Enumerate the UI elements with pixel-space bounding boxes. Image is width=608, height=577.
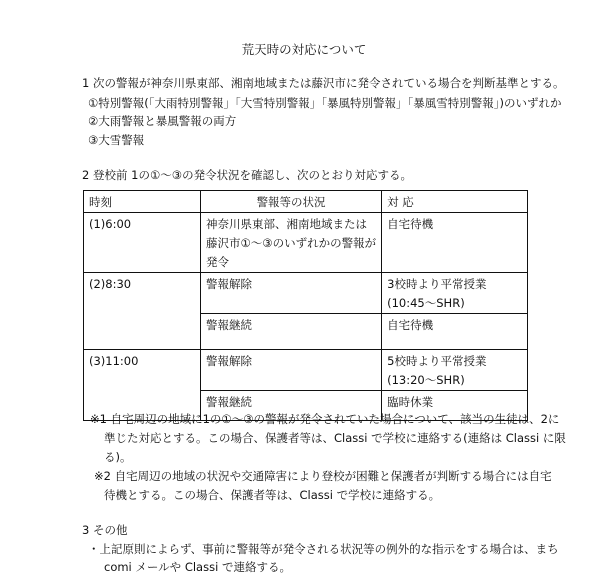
row2b-response: 自宅待機 [382, 314, 528, 350]
table-header-row: 時刻 警報等の状況 対 応 [84, 191, 528, 213]
row1-status-line: 藤沢市①～③のいずれかの警報が [206, 234, 376, 253]
row2a-response: 3校時より平常授業 (10:45～SHR) [382, 273, 528, 314]
section1-heading: 1 次の警報が神奈川県東部、湘南地域または藤沢市に発令されている場合を判断基準と… [82, 76, 564, 90]
row2a-response-line: 3校時より平常授業 [387, 275, 522, 294]
section1-item-1: ①特別警報(「大雨特別警報」「大雪特別警報」「暴風特別警報」「暴風雪特別警報」)… [88, 96, 562, 110]
note1-line: る)。 [104, 450, 132, 464]
note1-line: ※1 自宅周辺の地域に1の①～③の警報が発令されていた場合について、該当の生徒は… [90, 412, 559, 426]
note2-line: ※2 自宅周辺の地域の状況や交通障害により登校が困難と保護者が判断する場合には自… [94, 469, 552, 483]
row2a-response-line: (10:45～SHR) [387, 294, 522, 313]
response-table: 時刻 警報等の状況 対 応 (1)6:00 神奈川県東部、湘南地域または 藤沢市… [83, 190, 528, 421]
section1-item-3: ③大雪警報 [88, 133, 144, 147]
section3-bullet-line: ・上記原則によらず、事前に警報等が発令される状況等の例外的な指示をする場合は、ま… [88, 542, 559, 556]
row3a-response-line: 5校時より平常授業 [387, 352, 522, 371]
row3a-response: 5校時より平常授業 (13:20～SHR) [382, 350, 528, 391]
row3a-response-line: (13:20～SHR) [387, 371, 522, 390]
row1-time: (1)6:00 [84, 213, 201, 273]
section3-bullet-line: comi メールや Classi で連絡する。 [104, 560, 291, 574]
section2-heading: 2 登校前 1の①～③の発令状況を確認し、次のとおり対応する。 [82, 168, 412, 182]
header-response: 対 応 [382, 191, 528, 213]
row1-status-line: 発令 [206, 253, 376, 272]
row2b-status: 警報継続 [201, 314, 382, 350]
row3a-status: 警報解除 [201, 350, 382, 391]
header-time: 時刻 [84, 191, 201, 213]
note1-line: 準じた対応とする。この場合、保護者等は、Classi で学校に連絡する(連絡は … [104, 431, 566, 445]
row2-time: (2)8:30 [84, 273, 201, 350]
row1-response: 自宅待機 [382, 213, 528, 273]
table-row: (2)8:30 警報解除 3校時より平常授業 (10:45～SHR) [84, 273, 528, 314]
row1-status-line: 神奈川県東部、湘南地域または [206, 215, 376, 234]
row2a-status: 警報解除 [201, 273, 382, 314]
section1-item-2: ②大雨警報と暴風警報の両方 [88, 114, 236, 128]
row3-time: (3)11:00 [84, 350, 201, 421]
document-title: 荒天時の対応について [0, 43, 608, 57]
header-status: 警報等の状況 [201, 191, 382, 213]
table-row: (3)11:00 警報解除 5校時より平常授業 (13:20～SHR) [84, 350, 528, 391]
section3-heading: 3 その他 [82, 523, 127, 537]
note2-line: 待機とする。この場合、保護者等は、Classi で学校に連絡する。 [104, 488, 440, 502]
table-row: (1)6:00 神奈川県東部、湘南地域または 藤沢市①～③のいずれかの警報が 発… [84, 213, 528, 273]
row1-status: 神奈川県東部、湘南地域または 藤沢市①～③のいずれかの警報が 発令 [201, 213, 382, 273]
